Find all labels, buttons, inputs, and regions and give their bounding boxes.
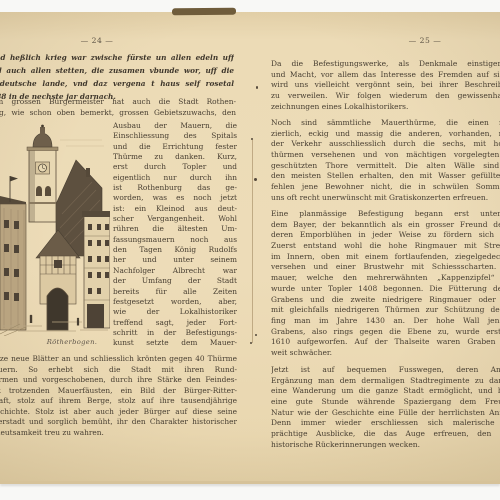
text-line: erst durch Topler und xyxy=(113,162,237,172)
text-line: Thürme zu danken. Kurz, xyxy=(113,152,237,162)
text-line: wie der Lokalhistoriker xyxy=(113,307,237,317)
old-german-quote: da d heßlich krieg war zwische fürste un… xyxy=(0,52,234,104)
text-line: Dem grossen Bürgermeister hat auch die S… xyxy=(0,97,236,108)
wrapped-column-text: Ausbau der Mauern, dieEinschliessung des… xyxy=(113,121,237,349)
text-line: Eine planmässige Befestigung begann erst… xyxy=(271,209,500,220)
text-line: eine Wanderung um die ganze Stadt ermögl… xyxy=(271,386,500,397)
text-line: Bedeutsamkeit treu zu wahren. xyxy=(0,428,237,439)
text-line: scher Vergangenheit. Wohl xyxy=(113,214,237,224)
text-line: Denn immer wieder erschliessen sich male… xyxy=(271,418,500,429)
text-line: ist Rothenburg das ge- xyxy=(113,183,237,193)
ink-speck xyxy=(251,138,253,140)
text-line: wurde unter Topler 1408 begonnen. Die Fü… xyxy=(271,284,500,295)
text-line: treffend sagt, jeder Fort- xyxy=(113,318,237,328)
gutter-crease xyxy=(252,140,253,343)
text-line: den Tagen König Rudolfs xyxy=(113,245,237,255)
text-line: Da die Befestigungswerke, als Denkmale e… xyxy=(271,59,500,70)
text-line: fing man im Jahre 1430 an. Der hohe Wall… xyxy=(271,316,500,327)
text-line: Geschichte. Stolz ist aber auch jeder Bü… xyxy=(0,407,237,418)
text-line: eigentlich nur durch ihn xyxy=(113,173,237,183)
text-line: dem Bayer, der bekanntlich als ein gross… xyxy=(271,220,500,231)
text-line: eine gute Stunde währende Spaziergang de… xyxy=(271,397,500,408)
text-line: der Verkehr ausschliesslich durch die se… xyxy=(271,139,500,150)
right-paragraph-3: Eine planmässige Befestigung begann erst… xyxy=(271,209,500,359)
quote-line: in deutsche lande, vnd daz vergena t hau… xyxy=(0,78,234,91)
illustration-caption: Rötherbogen. xyxy=(14,338,130,346)
bottom-paragraph: ganze neue Blätter an und schliesslich k… xyxy=(0,354,237,438)
ink-speck xyxy=(254,178,257,181)
text-line: deren Emporblühen in jeder Weise zu förd… xyxy=(271,230,500,241)
book-spine-edge xyxy=(172,8,236,16)
page-number-left: — 24 — xyxy=(0,36,208,45)
text-line: im Innern, oben mit einem fortlaufenden,… xyxy=(271,252,500,263)
text-line: zu verweilen. Wir folgen wiederum den ge… xyxy=(271,91,500,102)
text-line: burg, wie schon oben bemerkt, grossen Ge… xyxy=(0,108,236,119)
text-line: Ergänzung man dem dermaligen Stadtregime… xyxy=(271,376,500,387)
text-line: fassungsmauern noch aus xyxy=(113,235,237,245)
text-line: festgesetzt worden, aber, xyxy=(113,297,237,307)
text-line: ganze neue Blätter an und schliesslich k… xyxy=(0,354,237,365)
text-line: den meisten Stellen erhalten, den mit Wa… xyxy=(271,171,500,182)
text-line: mit gleichfalls niedrigeren Thürmen zur … xyxy=(271,305,500,316)
quote-line: da d heßlich krieg war zwische fürste un… xyxy=(0,52,234,65)
text-line: Zuerst entstand wohl die hohe Ringmauer … xyxy=(271,241,500,252)
text-line: her und unter seinem xyxy=(113,255,237,265)
book-bottom-edge xyxy=(0,481,500,484)
engraving-svg xyxy=(0,124,110,336)
text-line: ist: ein Kleinod aus deut- xyxy=(113,204,237,214)
paragraph-intro: Dem grossen Bürgermeister hat auch die S… xyxy=(0,97,236,118)
text-line: mut trotzenden Mauerfäusten, ein Bild de… xyxy=(0,386,237,397)
text-line: Natur wie der Geschichte eine Fülle der … xyxy=(271,408,500,419)
text-line: historische Rückerinnerungen wecken. xyxy=(271,440,500,451)
text-line: Vaterstadt und sorglich bemüht, ihr den … xyxy=(0,417,237,428)
text-line: worden, was es noch jetzt xyxy=(113,193,237,203)
text-line: versehen und einer Brustwehr mit Schiess… xyxy=(271,262,500,273)
text-line: rühren die ältesten Um- xyxy=(113,224,237,234)
ink-speck xyxy=(255,334,257,336)
text-line: schritt in der Befestigungs- xyxy=(113,328,237,338)
ink-speck xyxy=(250,342,252,344)
ink-speck xyxy=(256,86,258,89)
text-line: kunst setzte dem Mauer- xyxy=(113,338,237,348)
text-line: mauer, welche den mehrerwähnten „Kappenz… xyxy=(271,273,500,284)
text-line: thürmen und vorgeschobenen, durch ihre S… xyxy=(0,375,237,386)
text-line: Grabens und die zweite niedrigere Ringma… xyxy=(271,295,500,306)
text-line: weit schwächer. xyxy=(271,348,500,359)
text-line: Mauern. So erhebt sich die Stadt mit ihr… xyxy=(0,365,237,376)
book-photograph: { "colors":{"paper":"#ecdbb6","ink":"#47… xyxy=(0,0,500,500)
page-number-right: — 25 — xyxy=(350,36,500,45)
text-line: zierlich, eckig und massig die anderen, … xyxy=(271,129,500,140)
right-paragraph-4: Jetzt ist auf bequemen Fusswegen, deren … xyxy=(271,365,500,451)
text-line: uns oft recht unerwünscht mit Gratiskonz… xyxy=(271,193,500,204)
text-line: Ausbau der Mauern, die xyxy=(113,121,237,131)
text-line: thürmen versehenen und von mächtigen vor… xyxy=(271,150,500,161)
text-line: der Umfang der Stadt xyxy=(113,276,237,286)
text-line: Grabens, also rings gegen die Ebene zu, … xyxy=(271,327,500,338)
text-line: bereits für alle Zeiten xyxy=(113,287,237,297)
text-line: prächtige Ausblicke, die das Auge erfreu… xyxy=(271,429,500,440)
text-line: und Macht, vor allem das Interesse des F… xyxy=(271,70,500,81)
right-paragraph-1: Da die Befestigungswerke, als Denkmale e… xyxy=(271,59,500,112)
text-line: Nachfolger Albrecht war xyxy=(113,266,237,276)
rothenburg-engraving xyxy=(0,124,110,336)
text-line: und die Errichtung fester xyxy=(113,142,237,152)
text-line: geschützten Thore vermittelt. Die alten … xyxy=(271,161,500,172)
text-line: fehlen jene Bewohner nicht, die in schwü… xyxy=(271,182,500,193)
text-line: zeichnungen eines Lokalhistorikers. xyxy=(271,102,500,113)
text-line: 1610 aufgeworfen. Auf der Thalseite ware… xyxy=(271,337,500,348)
quote-line: und auch allen stetten, die zusamen vbun… xyxy=(0,65,234,78)
text-line: Noch sind sämmtliche Mauerthürme, die ei… xyxy=(271,118,500,129)
right-paragraph-2: Noch sind sämmtliche Mauerthürme, die ei… xyxy=(271,118,500,204)
text-line: wird uns vielleicht vergönnt sein, bei i… xyxy=(271,80,500,91)
text-line: schaft, stolz auf ihrem Berge, stolz auf… xyxy=(0,396,237,407)
text-line: Jetzt ist auf bequemen Fusswegen, deren … xyxy=(271,365,500,376)
text-line: Einschliessung des Spitals xyxy=(113,131,237,141)
